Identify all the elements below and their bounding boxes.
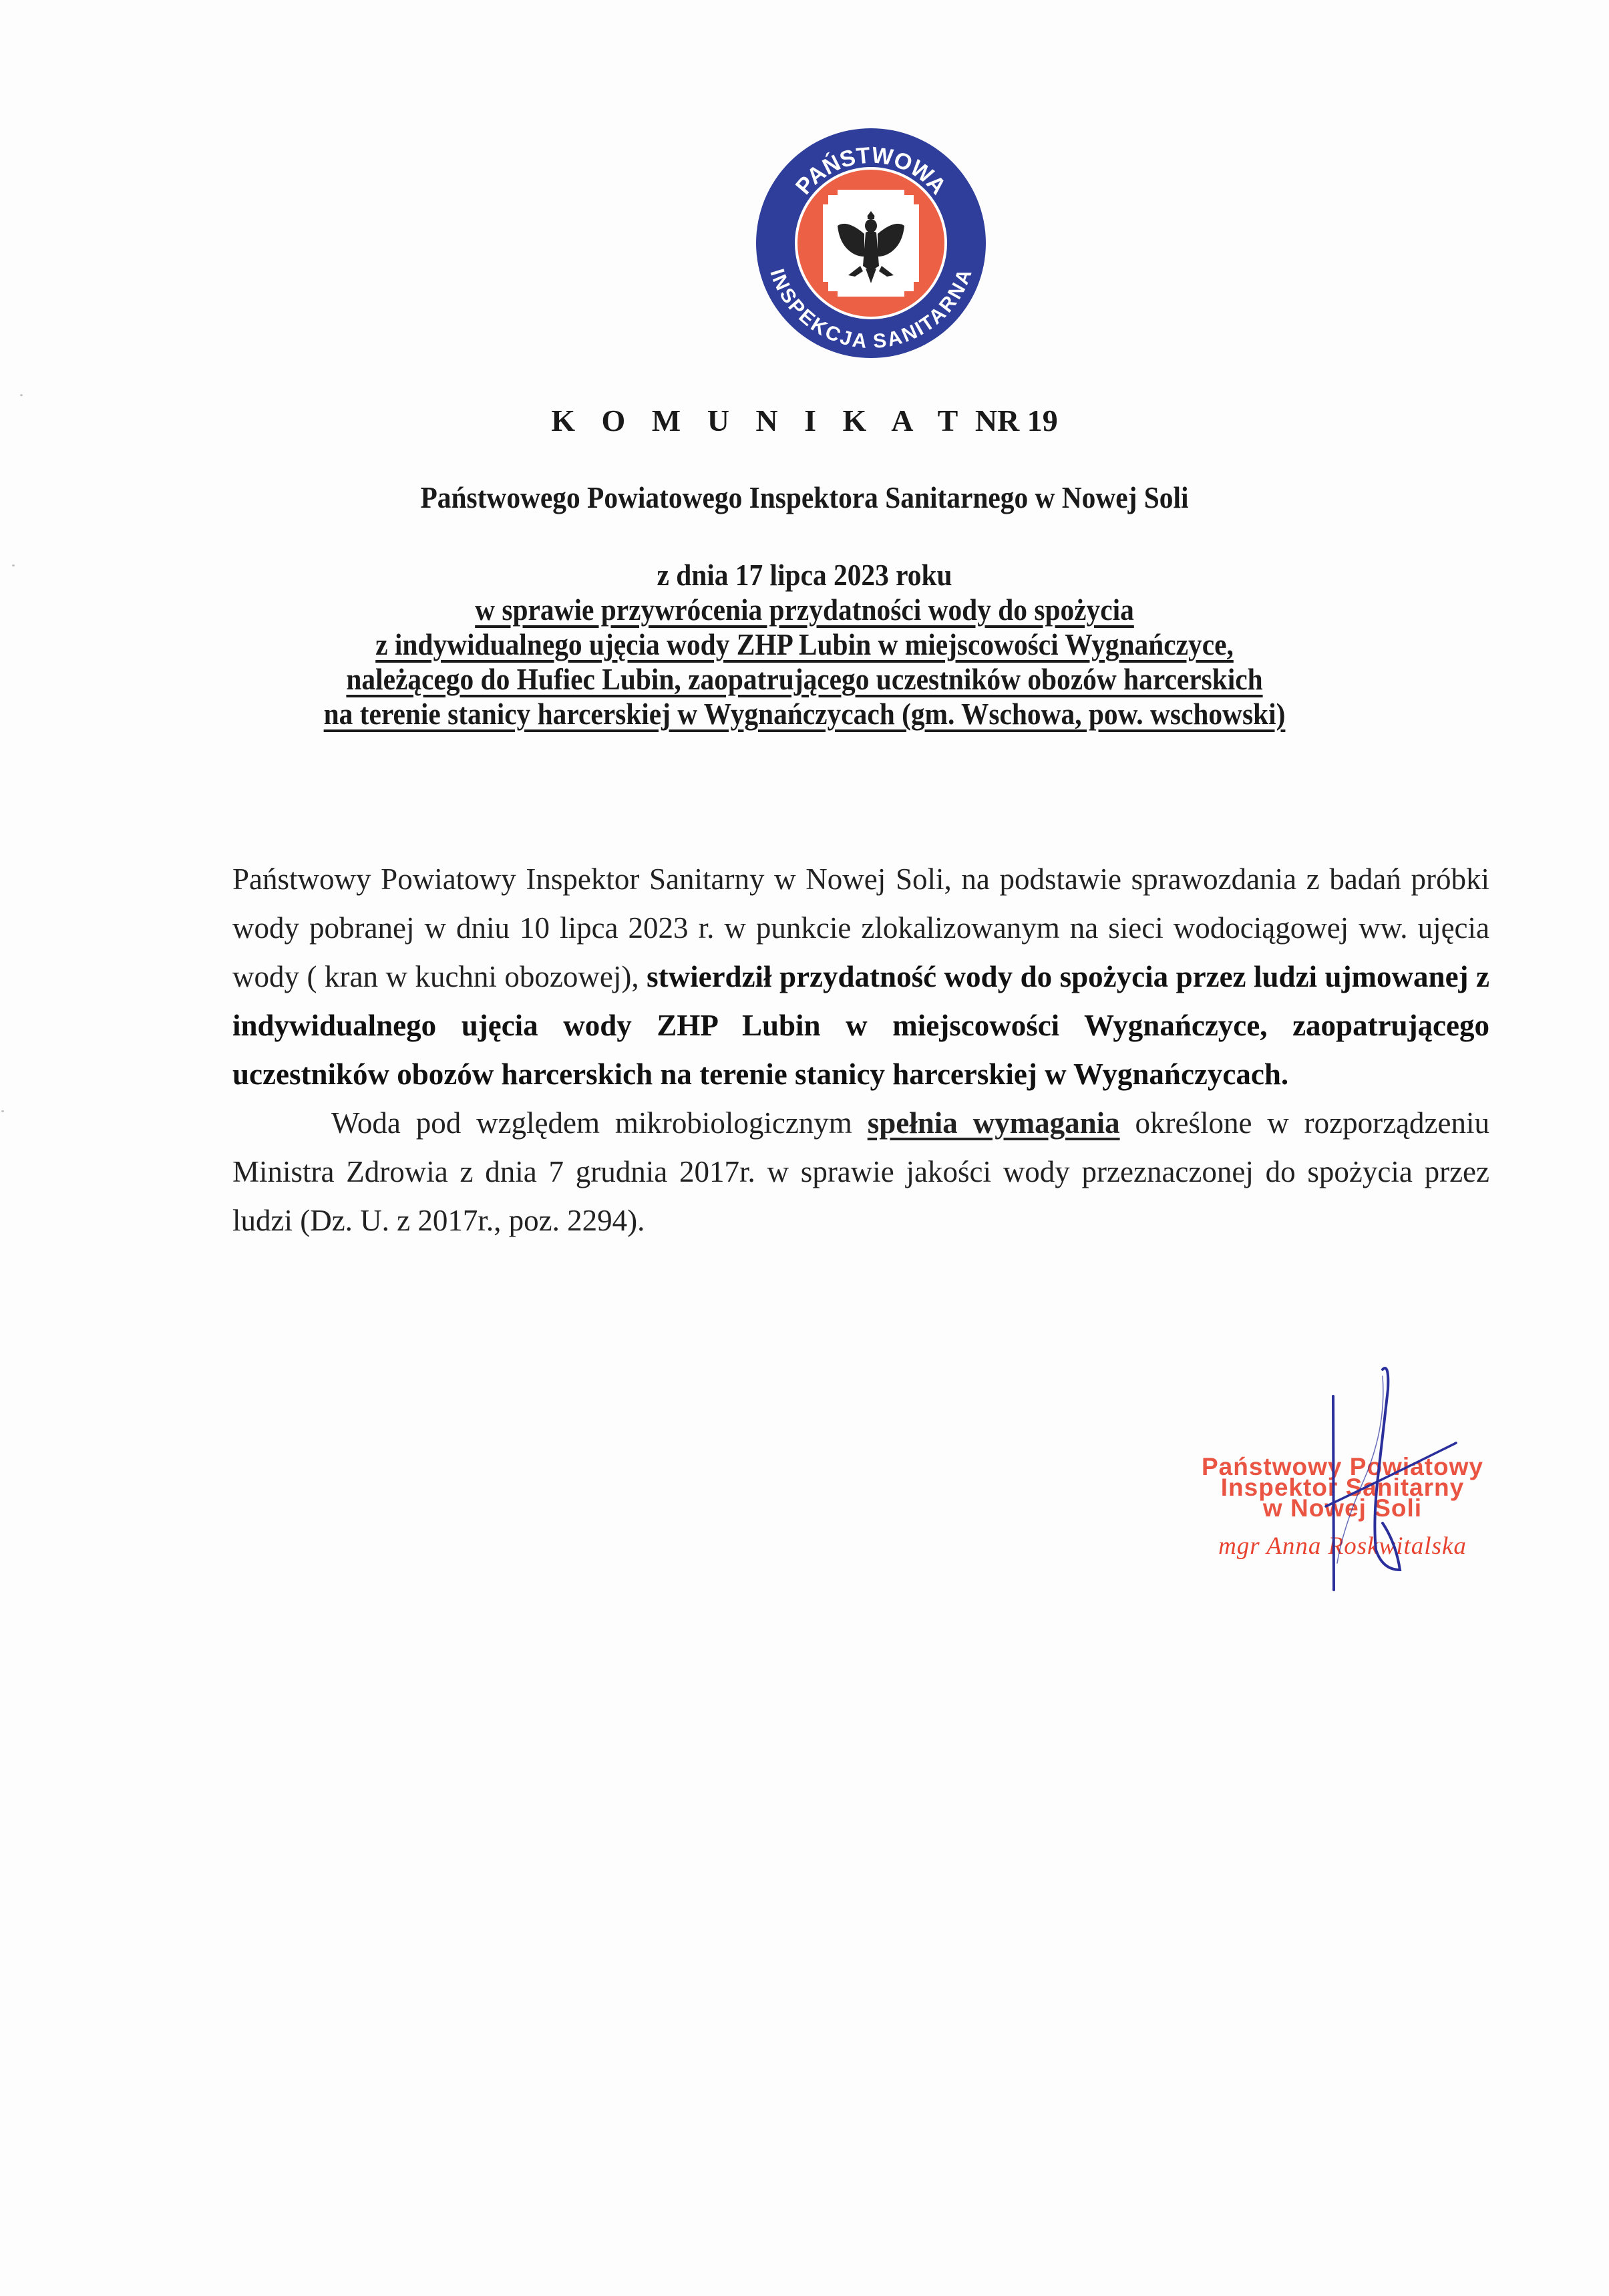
stamp-line: w Nowej Soli: [1189, 1498, 1496, 1518]
scan-speck: [20, 394, 23, 396]
document-title: K O M U N I K A T NR 19: [0, 401, 1609, 441]
paragraph-findings: Państwowy Powiatowy Inspektor Sanitarny …: [232, 855, 1489, 1099]
requirements-emphasis: spełnia wymagania: [868, 1106, 1120, 1140]
scan-speck: [1, 1110, 4, 1112]
scan-speck: [12, 564, 15, 566]
inspekcja-sanitarna-logo: PAŃSTWOWA INSPEKCJA SANITARNA: [753, 126, 989, 361]
subject-heading: w sprawie przywrócenia przydatności wody…: [0, 593, 1609, 731]
issuer-heading: Państwowego Powiatowego Inspektora Sanit…: [80, 478, 1528, 518]
document-page: PAŃSTWOWA INSPEKCJA SANITARNA K O M U N …: [0, 0, 1609, 2296]
logo-emblem-icon: PAŃSTWOWA INSPEKCJA SANITARNA: [753, 126, 989, 361]
subject-line: z indywidualnego ujęcia wody ZHP Lubin w…: [375, 627, 1234, 661]
document-body: Państwowy Powiatowy Inspektor Sanitarny …: [232, 855, 1489, 1245]
title-komunikat: K O M U N I K A T: [551, 403, 967, 438]
subject-line: na terenie stanicy harcerskiej w Wygnańc…: [324, 697, 1286, 731]
signatory-name: mgr Anna Roskwitalska: [1189, 1533, 1496, 1560]
paragraph-requirements: Woda pod względem mikrobiologicznym speł…: [232, 1099, 1489, 1245]
requirements-before: Woda pod względem mikrobiologicznym: [331, 1106, 852, 1140]
title-number: NR 19: [975, 403, 1058, 438]
official-stamp: Państwowy Powiatowy Inspektor Sanitarny …: [1189, 1456, 1496, 1560]
subject-line: należącego do Hufiec Lubin, zaopatrujące…: [346, 662, 1262, 696]
subject-line: w sprawie przywrócenia przydatności wody…: [475, 593, 1134, 627]
date-heading: z dnia 17 lipca 2023 roku: [80, 558, 1528, 593]
